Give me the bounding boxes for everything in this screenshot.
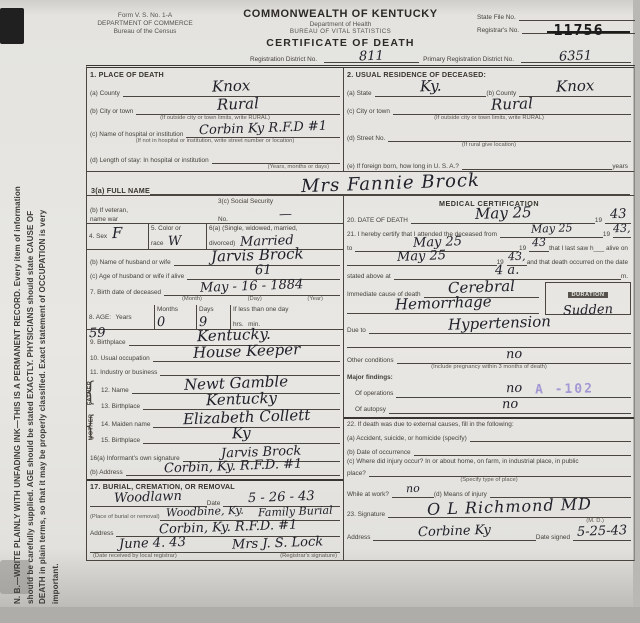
handwritten-father-birthplace: Kentucky — [206, 391, 277, 408]
handwritten-ssn: — — [279, 208, 292, 221]
handwritten-date-received: June 4. 43 — [119, 536, 186, 551]
handwritten-autopsy: no — [502, 397, 519, 411]
form-number: Form V. S. No. 1-A — [86, 12, 204, 20]
file-number-block: State File No. Registrar's No. 11756 — [477, 5, 635, 49]
handwritten-city: Rural — [217, 96, 259, 112]
handwritten-other-conditions: no — [505, 348, 522, 362]
form-department: DEPARTMENT OF COMMERCE — [86, 20, 204, 28]
county-label: (a) County — [90, 90, 123, 98]
registrar-row: June 4. 43 Mrs J. S. Lock — [87, 537, 343, 553]
ssn-value: — — [231, 205, 340, 223]
street-note: (If rural give location) — [344, 142, 634, 149]
informant-address-label: (b) Address — [90, 469, 126, 477]
state-value: Ky. — [375, 78, 487, 97]
res-city-value: Rural — [393, 96, 631, 115]
from-year: 43, — [613, 219, 631, 238]
section-usual-residence: 2. USUAL RESIDENCE OF DECEASED: (a) Stat… — [344, 68, 634, 171]
full-name-label: 3(a) FULL NAME — [91, 186, 150, 195]
section-personal-particulars: (b) If veteran, name war 3(c) Social Sec… — [87, 196, 344, 560]
scan-edge-bottom — [0, 607, 640, 623]
injury-place-note: (Specify type of place) — [344, 477, 634, 484]
department-of-health: Department of Health — [204, 21, 477, 28]
mother-birthplace-value: Ky — [143, 425, 340, 444]
handwritten-registrar-signature: Mrs J. S. Lock — [232, 535, 324, 551]
birth-date-value: May - 16 - 1884 — [164, 277, 340, 296]
father-side-label: FATHER — [87, 376, 98, 410]
other-conditions-value: no — [397, 345, 631, 364]
age-less-than-day-label: If less than one day — [233, 306, 341, 313]
injury-where-label2: place? — [347, 470, 369, 478]
margin-note-line: DEATH in plain terms, so that it may be … — [37, 20, 50, 604]
margin-note-line: N. B.—WRITE PLAINLY WITH UNFADING INK—TH… — [12, 20, 25, 604]
handwritten-sex: F — [111, 226, 122, 241]
primary-district-label: Primary Registration District No. — [423, 56, 517, 64]
res-city-label: (c) City or town — [347, 108, 393, 116]
handwritten-mother-birthplace: Ky — [232, 426, 251, 442]
mother-group: MOTHER 14. Maiden name Elizabeth Collett… — [87, 410, 343, 444]
physician-signature-label: 23. Signature — [347, 511, 388, 519]
handwritten-spouse-age: 61 — [255, 264, 272, 278]
state-label: (a) State — [347, 90, 375, 98]
certificate-form: Form V. S. No. 1-A DEPARTMENT OF COMMERC… — [86, 5, 635, 561]
to-year: 43 — [529, 233, 549, 252]
registrar-signature-value: Mrs J. S. Lock — [215, 534, 340, 553]
foreign-born-suffix: years — [612, 163, 631, 171]
handwritten-physician-address: Corbine Ky — [418, 524, 491, 540]
scanned-death-certificate: N. B.—WRITE PLAINLY WITH UNFADING INK—TH… — [0, 0, 640, 623]
registrar-no-blank: 11756 — [522, 24, 635, 34]
date-received-note: (Date received by local registrar) — [93, 553, 177, 560]
age-years-label: Years — [115, 314, 131, 321]
handwritten-burial-type: Family Burial — [257, 505, 332, 519]
county-value: Knox — [123, 78, 340, 97]
full-name-value: Mrs Fannie Brock — [150, 175, 630, 195]
date-signed-label: Date signed — [536, 534, 573, 542]
res-county-value: Knox — [519, 78, 631, 97]
other-conditions-note: (Include pregnancy within 3 months of de… — [344, 364, 634, 371]
spouse-name-label: (b) Name of husband or wife — [90, 259, 174, 267]
accident-label: (a) Accident, suicide, or homicide (spec… — [347, 435, 470, 443]
city-label: (b) City or town — [90, 108, 136, 116]
birth-year-note: (Year) — [307, 296, 323, 303]
of-autopsy-value: no — [389, 395, 631, 414]
mother-side-label: MOTHER — [87, 410, 98, 444]
header-title-block: COMMONWEALTH OF KENTUCKY Department of H… — [204, 5, 477, 49]
duration-label: DURATION — [568, 292, 607, 298]
occurrence-date-value — [414, 447, 631, 456]
handwritten-operations: no — [505, 381, 522, 395]
injury-where-value — [369, 468, 631, 477]
handwritten-occupation: House Keeper — [192, 342, 300, 361]
immediate-cause-value2: Hemorrhage — [347, 295, 539, 314]
birth-date-label: 7. Birth date of deceased — [90, 289, 164, 297]
registrar-number-stamp: 11756 — [553, 21, 603, 39]
injury-where-label: (c) Where did injury occur? In or about … — [347, 458, 579, 465]
duration-box: DURATION Sudden — [545, 282, 631, 315]
length-of-stay-note: (Years, months or days) — [87, 164, 343, 171]
father-group: FATHER 12. Name Newt Gamble 13. Birthpla… — [87, 376, 343, 410]
stated-above-label: stated above at — [347, 273, 394, 281]
cause-of-death-block: DURATION Sudden Immediate cause of death… — [344, 280, 634, 314]
handwritten-hospital: Corbin Ky R.F.D #1 — [199, 120, 327, 137]
date-of-death-label: 20. DATE OF DEATH — [347, 217, 411, 225]
handwritten-from-year: 43, — [613, 223, 631, 235]
physician-address-value: Corbine Ky — [373, 522, 535, 541]
registration-district-value: 811 — [324, 50, 419, 63]
birth-day-note: (Day) — [248, 296, 262, 303]
length-of-stay-label: (d) Length of stay: In hospital or insti… — [90, 157, 212, 165]
handwritten-county: Knox — [212, 78, 251, 94]
street-value — [388, 133, 631, 142]
age-label: 8. AGE: — [89, 314, 111, 321]
margin-instruction-note: N. B.—WRITE PLAINLY WITH UNFADING INK—TH… — [12, 20, 62, 604]
mother-birthplace-label: 15. Birthplace — [101, 437, 143, 445]
color-label: 5. Color or — [151, 225, 204, 232]
accident-value — [470, 433, 631, 442]
length-of-stay-value — [212, 155, 340, 164]
ssn-label: 3(c) Social Security — [218, 198, 340, 205]
street-label: (d) Street No. — [347, 135, 388, 143]
birth-month-note: (Month) — [182, 296, 202, 303]
certificate-body: 1. PLACE OF DEATH (a) County Knox (b) Ci… — [86, 65, 635, 561]
handwritten-while-at-work: no — [406, 483, 420, 494]
section-place-of-death: 1. PLACE OF DEATH (a) County Knox (b) Ci… — [87, 68, 344, 171]
registration-district-label: Registration District No. — [250, 56, 320, 64]
occupation-label: 10. Usual occupation — [90, 355, 153, 363]
handwritten-to-year: 43 — [532, 237, 546, 248]
date-received-value: June 4. 43 — [90, 534, 215, 553]
hospital-value: Corbin Ky R.F.D #1 — [186, 119, 340, 138]
father-birthplace-label: 13. Birthplace — [101, 403, 143, 411]
hospital-label: (c) Name of hospital or institution — [90, 131, 186, 139]
m-label: m. — [621, 273, 631, 281]
due-to-label: Due to — [347, 327, 369, 335]
handwritten-state: Ky. — [419, 79, 441, 95]
registrar-signature-note: (Registrar's signature) — [280, 553, 337, 560]
while-at-work-value: no — [392, 479, 434, 498]
hospital-note: (If not in hospital or institution, writ… — [87, 138, 343, 145]
district-line: Registration District No. 811 Primary Re… — [86, 50, 635, 63]
handwritten-physician-signature: O L Richmond MD — [427, 496, 592, 518]
handwritten-cause-2: Hemorrhage — [394, 294, 491, 312]
handwritten-age-years: 59 — [89, 327, 106, 341]
handwritten-primary-district: 6351 — [559, 49, 593, 63]
while-at-work-label: While at work? — [347, 491, 392, 499]
color-label2: race — [151, 240, 163, 247]
handwritten-registration-district: 811 — [359, 50, 384, 64]
occurrence-date-label: (b) Date of occurrence — [347, 449, 414, 457]
of-autopsy-label: Of autopsy — [347, 406, 389, 414]
certificate-title: CERTIFICATE OF DEATH — [204, 37, 477, 49]
veteran-value — [121, 214, 212, 223]
external-causes-label: 22. If death was due to external causes,… — [347, 421, 517, 429]
handwritten-birth-date: May - 16 - 1884 — [200, 278, 304, 295]
physician-address-label: Address — [347, 534, 373, 542]
handwritten-informant-address: Corbin, Ky. R.F.D. #1 — [164, 458, 303, 476]
foreign-born-value — [462, 161, 612, 170]
margin-note-line: important. — [50, 20, 63, 604]
form-number-block: Form V. S. No. 1-A DEPARTMENT OF COMMERC… — [86, 5, 204, 49]
physician-signature-value: O L Richmond MD — [388, 499, 631, 518]
major-findings-label: Major findings: — [347, 374, 396, 382]
section-medical-certification: MEDICAL CERTIFICATION 20. DATE OF DEATH … — [344, 196, 634, 560]
occupation-value: House Keeper — [153, 343, 340, 362]
due-to-value: Hypertension — [369, 315, 631, 334]
from-19: 19 — [603, 231, 613, 239]
handwritten-res-county: Knox — [556, 78, 595, 94]
veteran-label2: name war — [90, 216, 121, 224]
ssn-label2: No. — [218, 216, 231, 224]
other-conditions-label: Other conditions — [347, 357, 397, 365]
handwritten-res-city: Rural — [491, 96, 533, 112]
commonwealth-title: COMMONWEALTH OF KENTUCKY — [204, 8, 477, 20]
state-file-no-blank — [519, 11, 635, 21]
handwritten-date-signed: 5-25-43 — [577, 524, 628, 539]
form-bureau: Bureau of the Census — [86, 28, 204, 36]
registrar-no-label: Registrar's No. — [477, 27, 522, 35]
divider — [344, 417, 634, 419]
age-days-label: Days — [199, 306, 228, 313]
date-signed-value: 5-25-43 — [573, 522, 631, 541]
foreign-born-label: (e) If foreign born, how long in U. S. A… — [347, 163, 462, 171]
state-file-no-label: State File No. — [477, 14, 519, 22]
informant-address-value: Corbin, Ky. R.F.D. #1 — [126, 457, 340, 476]
sex-label: 4. Sex — [89, 233, 107, 240]
res-city-note: (If outside city or town limits, write R… — [344, 115, 634, 122]
handwritten-hour-of-death: 4 a. — [495, 264, 520, 278]
full-name-row: 3(a) FULL NAME Mrs Fannie Brock — [87, 171, 634, 195]
margin-note-line: should be carefully supplied. AGE should… — [25, 20, 38, 604]
age-months-label: Months — [157, 306, 194, 313]
handwritten-due-to: Hypertension — [448, 314, 551, 333]
handwritten-burial-town: Woodbine, Ky. — [166, 505, 244, 519]
certificate-header: Form V. S. No. 1-A DEPARTMENT OF COMMERC… — [86, 5, 635, 49]
veteran-label: (b) If veteran, — [90, 207, 212, 214]
father-name-label: 12. Name — [101, 387, 132, 395]
bureau-of-vital-statistics: BUREAU OF VITAL STATISTICS — [204, 28, 477, 35]
last-saw-label: that I last saw h___ alive on — [549, 245, 631, 253]
means-of-injury-label: (d) Means of injury — [434, 491, 490, 499]
marital-label: 6(a) (Single, widowed, married, — [209, 225, 341, 232]
city-value: Rural — [136, 96, 340, 115]
handwritten-full-name: Mrs Fannie Brock — [300, 172, 479, 196]
primary-district-value: 6351 — [521, 50, 631, 63]
